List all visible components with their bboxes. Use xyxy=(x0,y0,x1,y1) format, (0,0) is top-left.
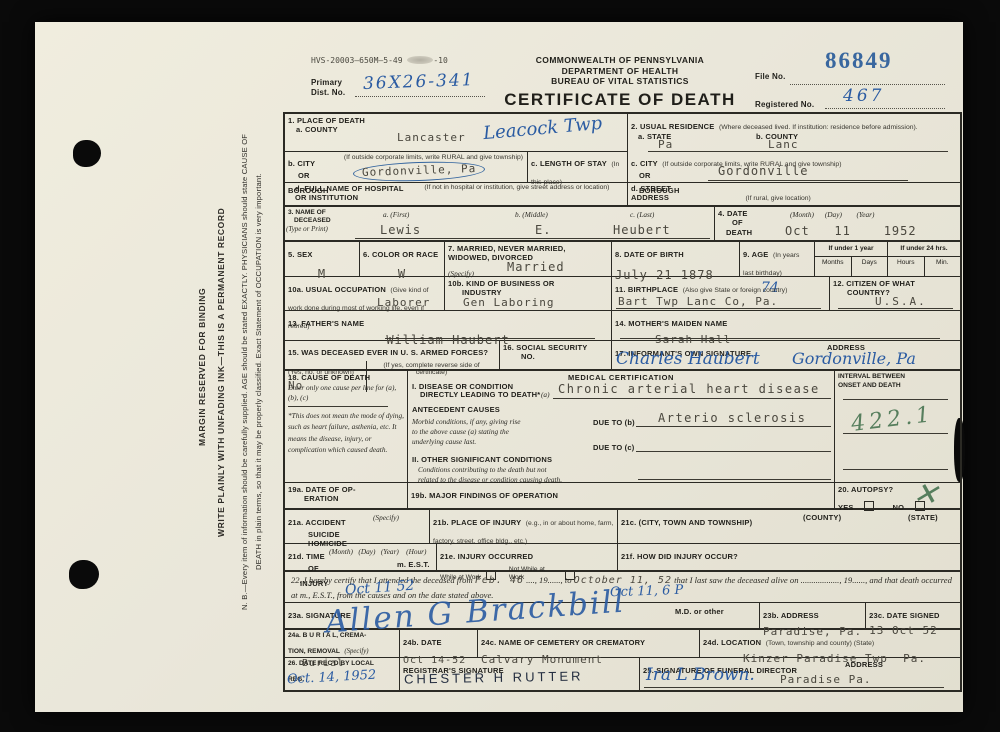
box-24d-label: 24d. LOCATION xyxy=(703,638,761,647)
primary-dist-label: Primary Dist. No. xyxy=(311,78,345,98)
antecedent-causes-label: ANTECEDENT CAUSES xyxy=(412,405,500,414)
cause-a-line xyxy=(553,398,831,399)
box-16-ssn: 16. SOCIAL SECURITY NO. xyxy=(500,341,612,369)
box-2c: c. CITY (If outside corporate limits, wr… xyxy=(628,152,960,182)
due-to-b-value: Arterio sclerosis xyxy=(658,411,806,425)
res-city-value: Gordonville xyxy=(718,164,808,178)
due-to-c-line xyxy=(636,451,831,452)
box-23b-label: 23b. ADDRESS xyxy=(763,611,819,620)
box-23b-address: 23b. ADDRESS Paradise, Pa. xyxy=(760,603,866,628)
file-no-label: File No. xyxy=(755,72,786,82)
industry-value: Gen Laboring xyxy=(463,296,554,309)
stamp-smudge-icon xyxy=(407,56,433,64)
box-21d-label: 21d. TIME xyxy=(288,552,325,561)
last-name-value: Heubert xyxy=(613,223,671,237)
box-18-divider xyxy=(288,406,388,407)
box-21a-paren: (Specify) xyxy=(373,513,399,523)
box-9-under-1-year: If under 1 year Months Days xyxy=(815,242,888,276)
disease-condition-label2: DIRECTLY LEADING TO DEATH* xyxy=(420,390,540,399)
box-1bc: b. CITY (If outside corporate limits, wr… xyxy=(285,151,627,182)
box-2c-borough: BOROUGH xyxy=(639,186,680,195)
date-recd-handwritten: Oct. 14, 1952 xyxy=(287,668,377,688)
days-label: Days xyxy=(852,257,888,277)
box-24d-location: 24d. LOCATION (Town, township and county… xyxy=(700,630,960,657)
funeral-director-signature: Ira L Brown. xyxy=(646,665,755,685)
box-1-place-of-death: 1. PLACE OF DEATH a. COUNTY Lancaster Le… xyxy=(285,114,628,205)
box-21a-label: 21a. ACCIDENT xyxy=(288,518,346,527)
row-sex-race-marital: 5. SEX M 6. COLOR OR RACE W 7. MARRIED, … xyxy=(285,242,960,277)
box-21f-label: 21f. HOW DID INJURY OCCUR? xyxy=(621,552,738,561)
hours-label: Hours xyxy=(888,257,925,277)
box-7-marital-status: 7. MARRIED, NEVER MARRIED, WIDOWED, DIVO… xyxy=(445,242,612,276)
box-17-informant: 17. INFORMANT'S OWN SIGNATURE ADDRESS Ch… xyxy=(612,341,960,369)
cause-a-tag: (a) xyxy=(541,390,550,400)
box-24c-label: 24c. NAME OF CEMETERY OR CREMATORY xyxy=(481,638,645,647)
agency-header: COMMONWEALTH OF PENNSYLVANIA DEPARTMENT … xyxy=(460,55,780,110)
box-25-funeral-director: 25. SIGNATURE OF FUNERAL DIRECTOR ADDRES… xyxy=(640,658,960,690)
box-18-cause-label-col: 18. CAUSE OF DEATH Enter only one cause … xyxy=(285,371,408,482)
box-6-color-or-race: 6. COLOR OR RACE W xyxy=(360,242,445,276)
box-5-sex: 5. SEX M xyxy=(285,242,360,276)
box-21d-est: m. E.S.T. xyxy=(397,560,430,569)
funeral-address-label: ADDRESS xyxy=(845,660,883,669)
box-1a-county: 1. PLACE OF DEATH a. COUNTY Lancaster Le… xyxy=(285,114,627,151)
box-2-label: 2. USUAL RESIDENCE xyxy=(631,122,714,131)
box-21a-accident: 21a. ACCIDENT (Specify) SUICIDE HOMICIDE xyxy=(285,510,430,543)
scanned-death-certificate: MARGIN RESERVED FOR BINDING WRITE PLAINL… xyxy=(0,0,1000,732)
first-name-value: Lewis xyxy=(380,223,421,237)
medical-certification-title: MEDICAL CERTIFICATION xyxy=(408,371,834,382)
box-5-label: 5. SEX xyxy=(288,250,313,259)
registered-no-line xyxy=(825,108,945,109)
box-21c-city-county-state: 21c. (CITY, TOWN AND TOWNSHIP) (COUNTY) … xyxy=(618,510,960,543)
funeral-line xyxy=(644,687,944,688)
box-4-date-of-death: 4. DATE OF DEATH (Month) (Day) (Year) Oc… xyxy=(715,207,960,240)
under-1-year-label: If under 1 year xyxy=(815,242,887,253)
citizen-line xyxy=(838,308,953,309)
box-21c-state-label: (STATE) xyxy=(908,513,938,522)
other-significant-line xyxy=(638,479,831,480)
commonwealth-line: COMMONWEALTH OF PENNSYLVANIA xyxy=(460,55,780,66)
res-county-value: Lanc xyxy=(768,138,799,151)
cause-a-value: Chronic arterial heart disease xyxy=(558,382,820,396)
under-1-year-cells: Months Days xyxy=(815,256,887,277)
margin-binding-note: MARGIN RESERVED FOR BINDING xyxy=(197,152,207,582)
box-1c-length-of-stay: c. LENGTH OF STAY (In this place) xyxy=(527,152,627,182)
box-9-under-24-hrs: If under 24 hrs. Hours Min. xyxy=(888,242,960,276)
margin-nb-note-line2: DEATH in plain terms, so that it may be … xyxy=(254,82,263,662)
last-name-label: c. (Last) xyxy=(630,210,654,220)
under-24-label: If under 24 hrs. xyxy=(888,242,960,253)
first-name-label: a. (First) xyxy=(383,210,409,220)
file-no-value: 86849 xyxy=(825,48,893,74)
box-21d-parens: (Month) (Day) (Year) (Hour) xyxy=(329,547,426,557)
box-3-paren: (Type or Print) xyxy=(286,225,328,234)
form-number: HVS-20003—650M—5-49 -10 xyxy=(311,56,448,65)
certify-attended-from: Feb. 46 xyxy=(475,575,524,586)
name-line xyxy=(355,238,710,239)
box-13-label: 13. FATHER'S NAME xyxy=(288,319,364,328)
box-11-birthplace: 11. BIRTHPLACE (Also give State or forei… xyxy=(612,277,830,310)
funeral-address-value: Paradise Pa. xyxy=(780,673,871,686)
morbid-note: Morbid conditions, if any, giving rise t… xyxy=(412,417,577,447)
informant-signature: Charles Haubert xyxy=(616,349,760,369)
row-name-date: 3. NAME OF DECEASED (Type or Print) a. (… xyxy=(285,207,960,242)
margin-write-plainly-note: WRITE PLAINLY WITH UNFADING INK—THIS IS … xyxy=(216,102,226,642)
box-15-armed-forces: 15. WAS DECEASED EVER IN U. S. ARMED FOR… xyxy=(285,341,500,369)
due-to-b-label: DUE TO (b) xyxy=(593,418,635,427)
certificate-paper: MARGIN RESERVED FOR BINDING WRITE PLAINL… xyxy=(35,22,963,712)
box-2-paren: (Where deceased lived. If institution: r… xyxy=(719,124,918,131)
box-9-label: 9. AGE xyxy=(743,250,769,259)
date-of-death-value: Oct 11 1952 xyxy=(785,224,917,238)
interval-line-1 xyxy=(843,399,948,400)
box-19a-date-of-operation: 19a. DATE OF OP- ERATION xyxy=(285,483,408,508)
middle-name-value: E. xyxy=(535,223,551,237)
bureau-line: BUREAU OF VITAL STATISTICS xyxy=(460,76,780,87)
county-value: Lancaster xyxy=(397,131,466,144)
box-23c-label: 23c. DATE SIGNED xyxy=(869,611,940,620)
primary-dist-value: 36X26-341 xyxy=(363,70,475,94)
months-label: Months xyxy=(815,257,852,277)
box-10b-industry: 10b. KIND OF BUSINESS OR INDUSTRY Gen La… xyxy=(445,277,612,310)
box-3-name-of-deceased: 3. NAME OF DECEASED (Type or Print) a. (… xyxy=(285,207,715,240)
box-1b-paren: (If outside corporate limits, write RURA… xyxy=(343,154,523,161)
box-18-footnote: *This does not mean the mode of dying, s… xyxy=(288,410,404,455)
autopsy-no-mark: ✕ xyxy=(911,475,941,513)
middle-name-label: b. (Middle) xyxy=(515,210,548,220)
row-operation-autopsy: 19a. DATE OF OP- ERATION 19b. MAJOR FIND… xyxy=(285,483,960,510)
birthplace-line xyxy=(616,308,821,309)
marital-value: Married xyxy=(507,260,565,274)
box-10a-label: 10a. USUAL OCCUPATION xyxy=(288,285,386,294)
box-4-label: 4. DATE xyxy=(718,209,748,218)
box-10a-occupation: 10a. USUAL OCCUPATION (Give kind of work… xyxy=(285,277,445,310)
margin-nb-note-line1: N. B.—Every item of information should b… xyxy=(240,82,249,662)
box-18-label: 18. CAUSE OF DEATH xyxy=(288,373,404,382)
box-3-label: 3. NAME OF xyxy=(288,209,326,216)
box-13-father: 13. FATHER'S NAME William Haubert xyxy=(285,311,612,340)
min-label: Min. xyxy=(925,257,961,277)
res-city-line xyxy=(708,180,908,181)
interval-code-handwritten: 422.1 xyxy=(850,402,935,437)
box-21d-time-of-injury: 21d. TIME (Month) (Day) (Year) (Hour) OF… xyxy=(285,544,437,570)
row-place-residence: 1. PLACE OF DEATH a. COUNTY Lancaster Le… xyxy=(285,114,960,207)
box-10b-label: 10b. KIND OF BUSINESS OR xyxy=(448,279,608,288)
registrar-signature-box: REGISTRAR'S SIGNATURE CHESTER H RUTTER xyxy=(400,658,640,690)
citizen-value: U.S.A. xyxy=(875,295,927,308)
box-8-date-of-birth: 8. DATE OF BIRTH July 21 1878 xyxy=(612,242,740,276)
other-significant-note: Conditions contributing to the death but… xyxy=(418,465,638,485)
box-12-label: 12. CITIZEN OF WHAT xyxy=(833,279,957,288)
box-18-medical-certification: MEDICAL CERTIFICATION I. DISEASE OR COND… xyxy=(408,371,835,482)
box-26-date-recd: 26. DATE REC'D BY LOCAL REG. Oct. 14, 19… xyxy=(285,658,400,690)
box-24b-label: 24b. DATE xyxy=(403,638,442,647)
box-21c-label: 21c. (CITY, TOWN AND TOWNSHIP) xyxy=(621,518,752,527)
box-20-autopsy: 20. AUTOPSY? YES NO ✕ xyxy=(835,483,960,508)
box-2ab: 2. USUAL RESIDENCE (Where deceased lived… xyxy=(628,114,960,152)
md-or-other-label: M.D. or other xyxy=(675,607,724,616)
state-value: Pa xyxy=(658,138,673,151)
box-2-usual-residence: 2. USUAL RESIDENCE (Where deceased lived… xyxy=(628,114,960,205)
box-2c-label: c. CITY xyxy=(631,159,658,168)
box-15-label: 15. WAS DECEASED EVER IN U. S. ARMED FOR… xyxy=(288,348,488,357)
box-24c-cemetery: 24c. NAME OF CEMETERY OR CREMATORY Calva… xyxy=(478,630,700,657)
box-21f-how-injury: 21f. HOW DID INJURY OCCUR? xyxy=(618,544,960,570)
box-8-label: 8. DATE OF BIRTH xyxy=(615,250,684,259)
box-21c-county-label: (COUNTY) xyxy=(803,513,841,522)
row-time-of-injury: 21d. TIME (Month) (Day) (Year) (Hour) OF… xyxy=(285,544,960,572)
due-to-b-line xyxy=(636,426,831,427)
row-parents: 13. FATHER'S NAME William Haubert 14. MO… xyxy=(285,311,960,341)
city-borough-value: Gordonville, Pa xyxy=(353,160,486,184)
box-6-label: 6. COLOR OR RACE xyxy=(363,250,438,259)
department-line: DEPARTMENT OF HEALTH xyxy=(460,66,780,77)
box-21b-place-of-injury: 21b. PLACE OF INJURY (e.g., in or about … xyxy=(430,510,618,543)
registered-no-value: 467 xyxy=(843,86,884,106)
box-24a-paren: (Specify) xyxy=(344,648,368,655)
box-21e-label: 21e. INJURY OCCURRED xyxy=(440,552,533,561)
box-21e-injury-occurred: 21e. INJURY OCCURRED While at Work Not W… xyxy=(437,544,618,570)
box-19b-major-findings: 19b. MAJOR FINDINGS OF OPERATION xyxy=(408,483,835,508)
box-12-citizen: 12. CITIZEN OF WHAT COUNTRY? U.S.A. xyxy=(830,277,960,310)
box-21b-label: 21b. PLACE OF INJURY xyxy=(433,518,521,527)
box-19a-label: 19a. DATE OF OP- xyxy=(288,485,404,494)
box-1b-label: b. CITY xyxy=(288,159,315,168)
occupation-value: Laborer xyxy=(377,296,430,309)
father-line xyxy=(385,338,595,339)
box-16-label: 16. SOCIAL SECURITY xyxy=(503,343,608,352)
row-registrar-funeral: 26. DATE REC'D BY LOCAL REG. Oct. 14, 19… xyxy=(285,658,960,690)
box-14-label: 14. MOTHER'S MAIDEN NAME xyxy=(615,319,727,328)
box-24d-paren: (Town, township and county) (State) xyxy=(766,640,874,647)
box-4-parens: (Month) (Day) (Year) xyxy=(790,210,874,220)
informant-address-value: Gordonville, Pa xyxy=(792,349,916,368)
box-23c-date-signed: 23c. DATE SIGNED 13 Oct 52 xyxy=(866,603,960,628)
page-title: CERTIFICATE OF DEATH xyxy=(460,89,780,110)
registered-no-label: Registered No. xyxy=(755,100,814,110)
mother-line xyxy=(620,338,940,339)
box-26-label: 26. DATE REC'D BY LOCAL xyxy=(288,660,396,668)
box-1c-label: c. LENGTH OF STAY xyxy=(531,159,607,168)
box-1b-borough: BOROUGH xyxy=(288,186,329,195)
birthplace-value: Bart Twp Lanc Co, Pa. xyxy=(618,295,778,308)
registrar-signature-value: CHESTER H RUTTER xyxy=(404,668,584,686)
file-no-line xyxy=(790,84,945,85)
box-18-enter-note: Enter only one cause per line for (a), (… xyxy=(288,383,404,403)
interval-label: INTERVAL BETWEEN xyxy=(838,373,905,380)
punch-hole-top xyxy=(73,140,101,167)
other-significant-label: II. OTHER SIGNIFICANT CONDITIONS xyxy=(412,455,552,464)
box-18-interval-col: INTERVAL BETWEEN ONSET AND DEATH 422.1 xyxy=(835,371,960,482)
punch-hole-bottom xyxy=(69,560,99,589)
due-to-c-label: DUE TO (c) xyxy=(593,443,634,452)
box-1b-city-borough: b. CITY (If outside corporate limits, wr… xyxy=(285,152,527,182)
box-19b-label: 19b. MAJOR FINDINGS OF OPERATION xyxy=(411,491,558,500)
row-armed-forces-informant: 15. WAS DECEASED EVER IN U. S. ARMED FOR… xyxy=(285,341,960,371)
box-14-mother: 14. MOTHER'S MAIDEN NAME Sarah Hall xyxy=(612,311,960,340)
row-cause-of-death: 18. CAUSE OF DEATH Enter only one cause … xyxy=(285,371,960,483)
row-accident: 21a. ACCIDENT (Specify) SUICIDE HOMICIDE… xyxy=(285,510,960,544)
box-9-age: 9. AGE (In years last birthday) 74 xyxy=(740,242,815,276)
interval-line-3 xyxy=(843,469,948,470)
box-11-label: 11. BIRTHPLACE xyxy=(615,285,678,294)
row-occupation-birthplace: 10a. USUAL OCCUPATION (Give kind of work… xyxy=(285,277,960,311)
under-24-cells: Hours Min. xyxy=(888,256,960,277)
box-11-paren: (Also give State or foreign country) xyxy=(683,287,788,294)
